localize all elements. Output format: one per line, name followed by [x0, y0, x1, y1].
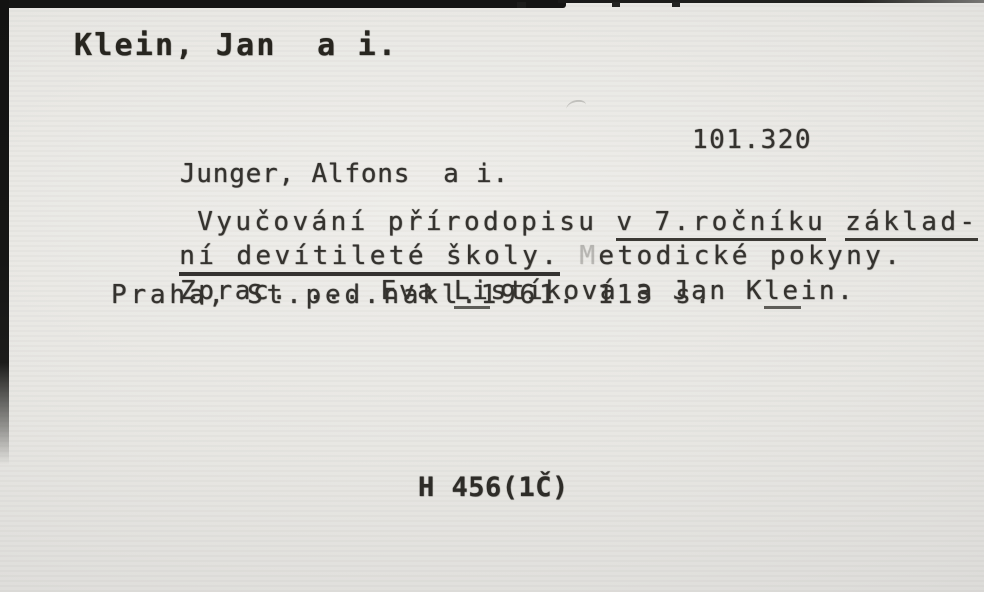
scan-edge-tick	[612, 2, 620, 7]
shelf-number: 101.320	[692, 125, 812, 155]
scan-edge-tick	[517, 2, 526, 8]
library-catalog-card: Klein, Jan a i. Junger, Alfons a i. 101.…	[0, 0, 984, 592]
heading-author: Klein, Jan a i.	[74, 28, 398, 63]
imprint-line: Praha, St.ped.nakl.1961. 113 s.	[111, 280, 714, 310]
scan-edge-top-thin	[558, 0, 984, 3]
statement-text: in.	[801, 276, 856, 306]
name-underlined: le	[764, 276, 801, 309]
statement-text: K	[746, 276, 764, 306]
call-number: H 456(1Č)	[418, 472, 569, 503]
pencil-smudge	[566, 99, 587, 109]
scan-edge-left	[0, 0, 9, 465]
scan-edge-top	[0, 0, 566, 8]
scan-edge-tick	[672, 2, 680, 7]
